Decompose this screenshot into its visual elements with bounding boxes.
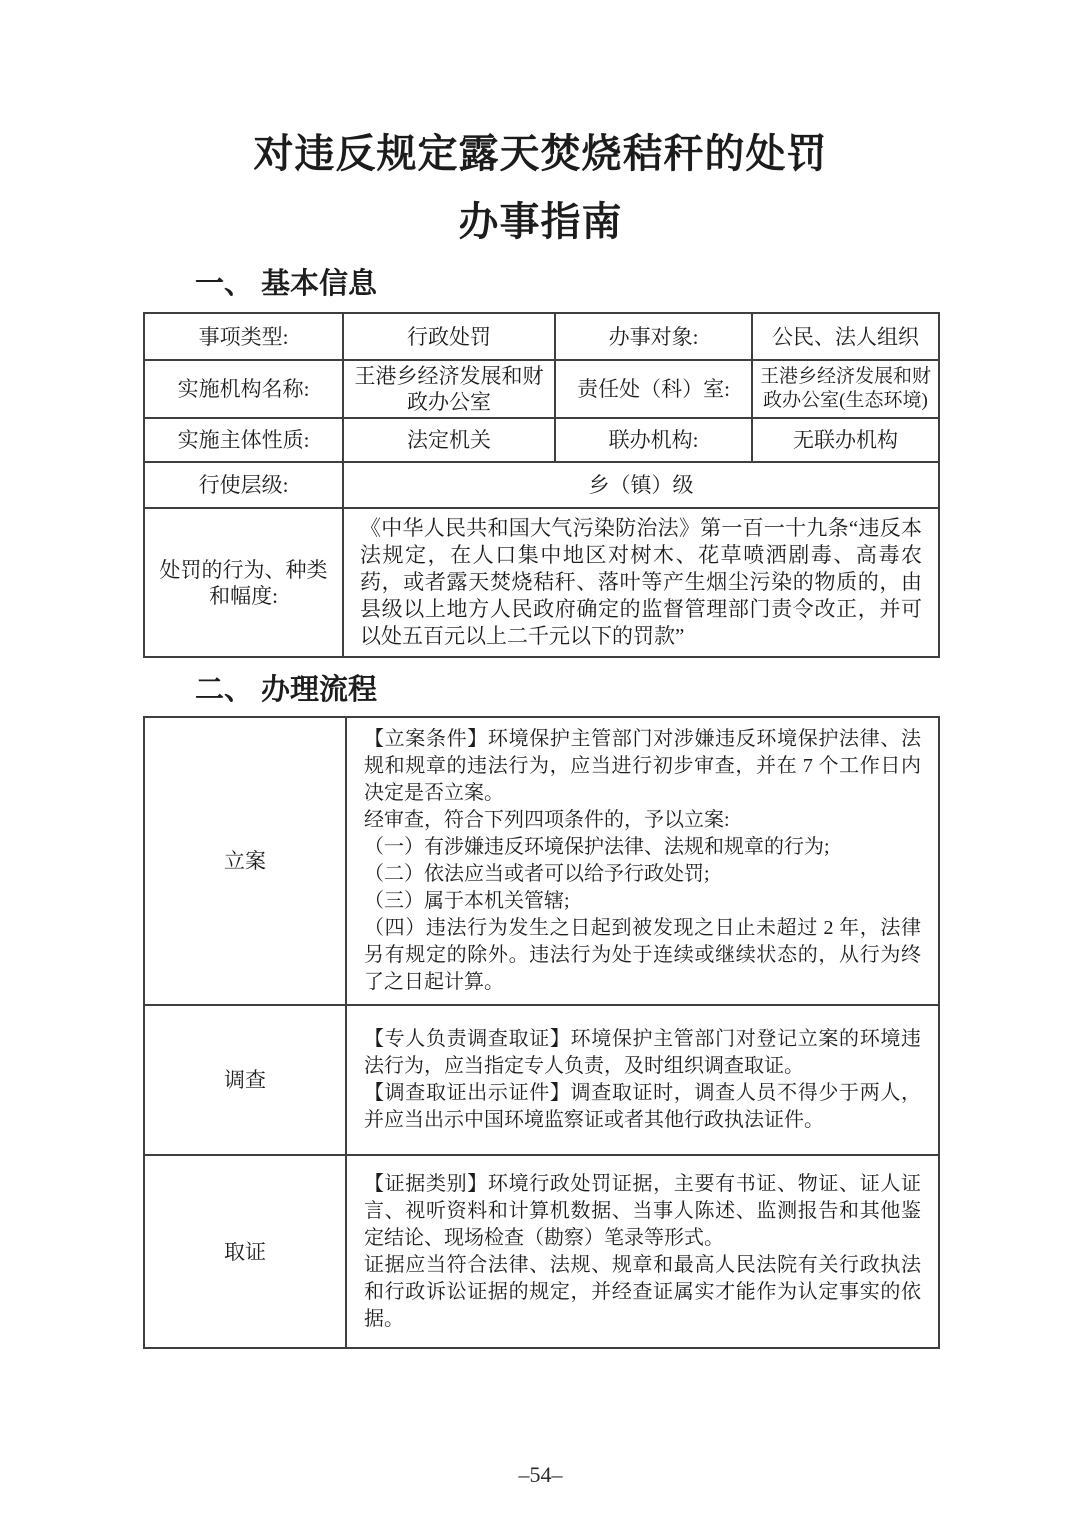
table-row: 立案 【立案条件】环境保护主管部门对涉嫌违反环境保护法律、法规和规章的违法行为，… [144, 717, 939, 1005]
field-value-service-target: 公民、法人组织 [752, 313, 939, 360]
field-value-exercise-level: 乡（镇）级 [343, 462, 939, 508]
field-value-implementing-agency: 王港乡经济发展和财政办公室 [343, 360, 555, 418]
field-value-joint-agency: 无联办机构 [752, 418, 939, 462]
field-value-responsible-office: 王港乡经济发展和财政办公室(生态环境) [752, 360, 939, 418]
paragraph: 证据应当符合法律、法规、规章和最高人民法院有关行政执法和行政诉讼证据的规定，并经… [364, 1252, 921, 1333]
field-label-service-target: 办事对象: [555, 313, 752, 360]
field-label-exercise-level: 行使层级: [144, 462, 343, 508]
process-detail-filing: 【立案条件】环境保护主管部门对涉嫌违反环境保护法律、法规和规章的违法行为，应当进… [346, 717, 939, 1005]
table-row: 取证 【证据类别】环境行政处罚证据，主要有书证、物证、证人证言、视听资料和计算机… [144, 1155, 939, 1348]
page-root: { "document": { "title_line1": "对违反规定露天焚… [0, 0, 1074, 1520]
field-label-responsible-office: 责任处（科）室: [555, 360, 752, 418]
basic-info-table: 事项类型: 行政处罚 办事对象: 公民、法人组织 实施机构名称: 王港乡经济发展… [143, 312, 940, 658]
field-value-subject-nature: 法定机关 [343, 418, 555, 462]
table-row: 实施主体性质: 法定机关 联办机构: 无联办机构 [144, 418, 939, 462]
table-row: 事项类型: 行政处罚 办事对象: 公民、法人组织 [144, 313, 939, 360]
paragraph: （四）违法行为发生之日起到被发现之日止未超过 2 年，法律另有规定的除外。违法行… [364, 915, 921, 996]
process-table: 立案 【立案条件】环境保护主管部门对涉嫌违反环境保护法律、法规和规章的违法行为，… [143, 716, 940, 1349]
document-body: 对违反规定露天焚烧秸秆的处罚 办事指南 一、 基本信息 事项类型: 行政处罚 办… [143, 0, 938, 1489]
table-row: 行使层级: 乡（镇）级 [144, 462, 939, 508]
table-row: 处罚的行为、种类和幅度: 《中华人民共和国大气污染防治法》第一百一十九条“违反本… [144, 508, 939, 657]
page-number: –54– [143, 1461, 938, 1489]
process-stage-filing: 立案 [144, 717, 346, 1005]
field-label-joint-agency: 联办机构: [555, 418, 752, 462]
paragraph: （一）有涉嫌违反环境保护法律、法规和规章的行为; [364, 834, 921, 861]
process-stage-evidence: 取证 [144, 1155, 346, 1348]
field-label-subject-nature: 实施主体性质: [144, 418, 343, 462]
process-stage-investigation: 调查 [144, 1005, 346, 1155]
field-label-penalty-scope: 处罚的行为、种类和幅度: [144, 508, 343, 657]
paragraph: 【立案条件】环境保护主管部门对涉嫌违反环境保护法律、法规和规章的违法行为，应当进… [364, 726, 921, 807]
process-detail-investigation: 【专人负责调查取证】环境保护主管部门对登记立案的环境违法行为，应当指定专人负责，… [346, 1005, 939, 1155]
section-heading-basic-info: 一、 基本信息 [195, 266, 938, 302]
table-row: 调查 【专人负责调查取证】环境保护主管部门对登记立案的环境违法行为，应当指定专人… [144, 1005, 939, 1155]
table-row: 实施机构名称: 王港乡经济发展和财政办公室 责任处（科）室: 王港乡经济发展和财… [144, 360, 939, 418]
section-heading-process: 二、 办理流程 [195, 672, 938, 708]
paragraph: 【专人负责调查取证】环境保护主管部门对登记立案的环境违法行为，应当指定专人负责，… [364, 1026, 921, 1080]
document-title-line2: 办事指南 [143, 194, 938, 250]
document-title-line1: 对违反规定露天焚烧秸秆的处罚 [143, 126, 938, 182]
field-label-item-type: 事项类型: [144, 313, 343, 360]
paragraph: 经审查，符合下列四项条件的，予以立案: [364, 807, 921, 834]
field-value-item-type: 行政处罚 [343, 313, 555, 360]
paragraph: （三）属于本机关管辖; [364, 888, 921, 915]
process-detail-evidence: 【证据类别】环境行政处罚证据，主要有书证、物证、证人证言、视听资料和计算机数据、… [346, 1155, 939, 1348]
paragraph: 【调查取证出示证件】调查取证时，调查人员不得少于两人，并应当出示中国环境监察证或… [364, 1080, 921, 1134]
field-label-implementing-agency: 实施机构名称: [144, 360, 343, 418]
paragraph: （二）依法应当或者可以给予行政处罚; [364, 861, 921, 888]
paragraph: 【证据类别】环境行政处罚证据，主要有书证、物证、证人证言、视听资料和计算机数据、… [364, 1171, 921, 1252]
field-value-penalty-scope: 《中华人民共和国大气污染防治法》第一百一十九条“违反本法规定，在人口集中地区对树… [343, 508, 939, 657]
